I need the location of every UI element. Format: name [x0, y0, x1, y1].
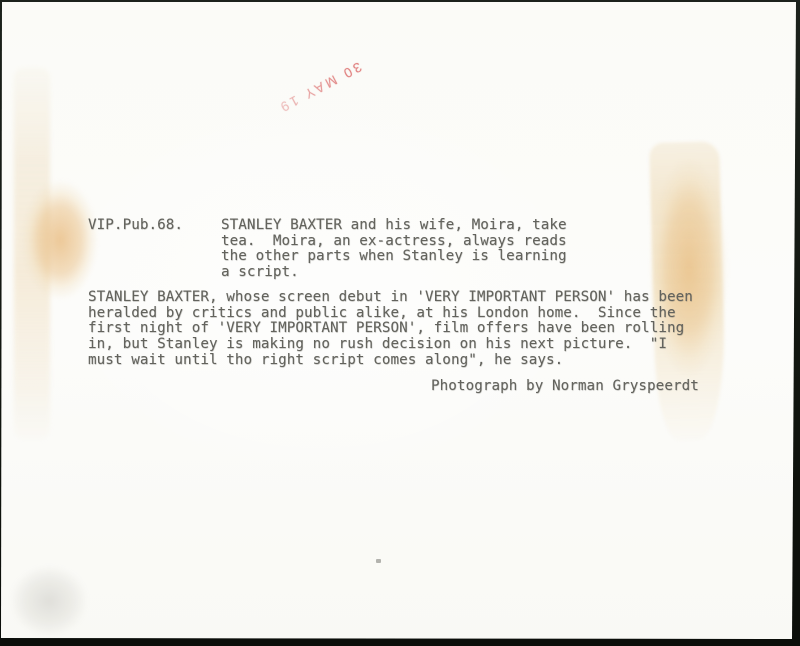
tape-stain-left: [14, 68, 50, 440]
photo-scan: 30 MAY 19 VIP.Pub.68. STANLEY BAXTER and…: [0, 0, 800, 646]
glue-stain-blob-left: [22, 180, 98, 300]
reference-number: VIP.Pub.68.: [88, 218, 183, 234]
caption-text: STANLEY BAXTER and his wife, Moira, take…: [221, 218, 567, 281]
smudge-bottom-left: [10, 565, 88, 637]
photographer-credit: Photograph by Norman Gryspeerdt: [431, 379, 699, 395]
photo-back-paper: 30 MAY 19 VIP.Pub.68. STANLEY BAXTER and…: [0, 0, 800, 646]
date-stamp: 30 MAY 19: [245, 30, 395, 145]
description-text: STANLEY BAXTER, whose screen debut in 'V…: [88, 290, 693, 369]
dirt-speck: [376, 559, 381, 563]
